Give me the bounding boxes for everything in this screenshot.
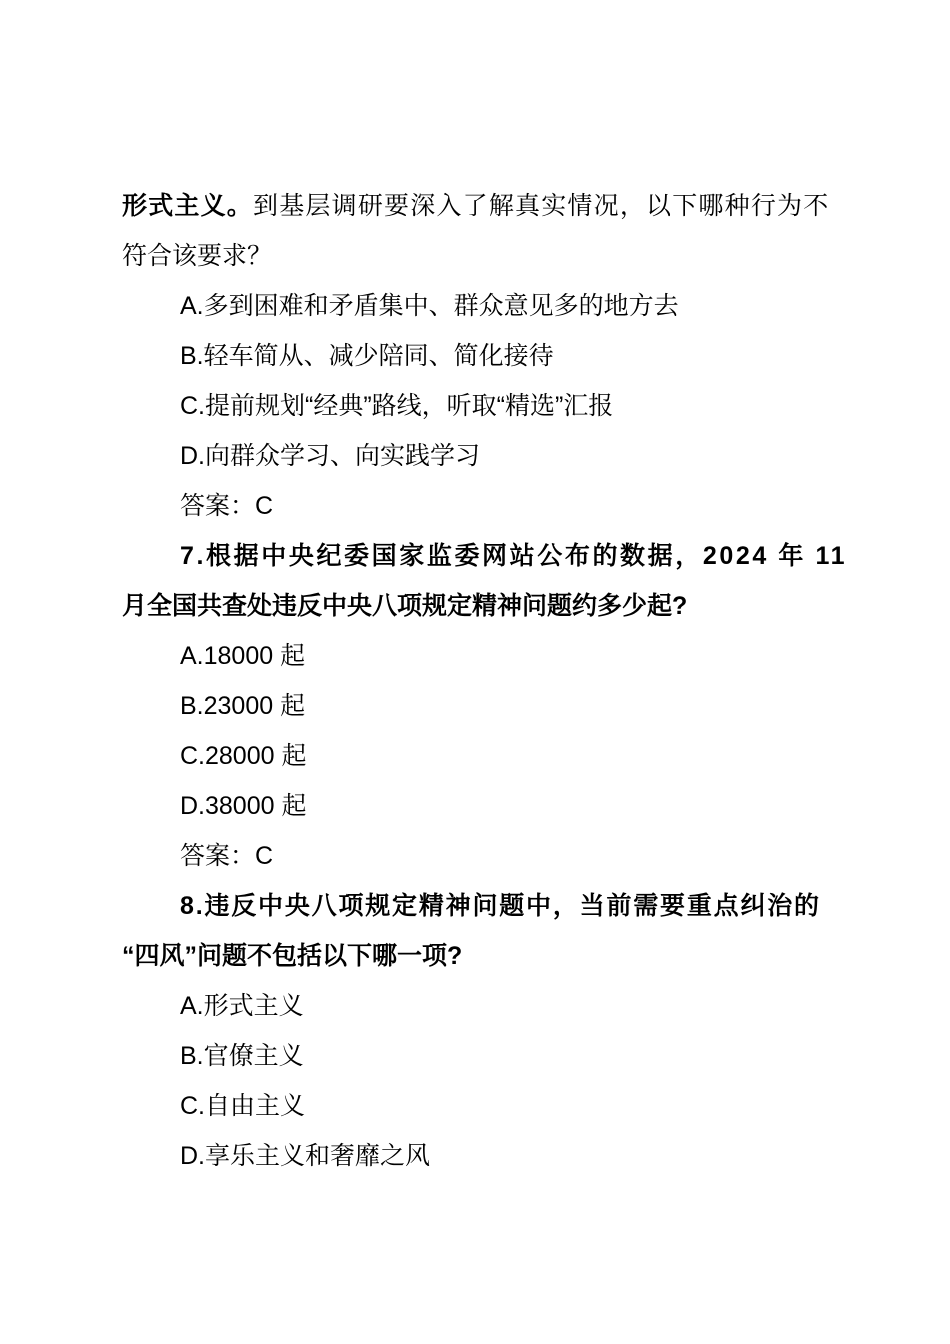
q8-stem-line2: “四风”问题不包括以下哪一项? xyxy=(122,931,832,981)
q6-stem-bold-lead: 形式主义。 xyxy=(122,192,253,220)
q6-option-c: C.提前规划“经典”路线，听取“精选”汇报 xyxy=(122,381,832,431)
q8-option-c: C.自由主义 xyxy=(122,1081,832,1131)
q7-stem-line1: 7.根据中央纪委国家监委网站公布的数据，2024 年 11 xyxy=(122,531,832,581)
document-page: 形式主义。到基层调研要深入了解真实情况，以下哪种行为不 符合该要求？ A.多到困… xyxy=(0,0,950,1181)
q6-stem-line2: 符合该要求？ xyxy=(122,231,832,281)
q8-option-a: A.形式主义 xyxy=(122,981,832,1031)
q6-option-d: D.向群众学习、向实践学习 xyxy=(122,431,832,481)
q8-stem-line1: 8.违反中央八项规定精神问题中，当前需要重点纠治的 xyxy=(122,881,832,931)
q7-answer: 答案：C xyxy=(122,831,832,881)
q6-stem-line1-rest: 到基层调研要深入了解真实情况，以下哪种行为不 xyxy=(253,192,829,220)
q8-option-b: B.官僚主义 xyxy=(122,1031,832,1081)
q6-stem-line1: 形式主义。到基层调研要深入了解真实情况，以下哪种行为不 xyxy=(122,181,832,231)
q6-answer: 答案：C xyxy=(122,481,832,531)
q6-option-a: A.多到困难和矛盾集中、群众意见多的地方去 xyxy=(122,281,832,331)
q7-stem-line2: 月全国共查处违反中央八项规定精神问题约多少起? xyxy=(122,581,832,631)
q6-option-b: B.轻车简从、减少陪同、简化接待 xyxy=(122,331,832,381)
q7-option-c: C.28000 起 xyxy=(122,731,832,781)
q8-option-d: D.享乐主义和奢靡之风 xyxy=(122,1131,832,1181)
q7-option-d: D.38000 起 xyxy=(122,781,832,831)
q7-option-b: B.23000 起 xyxy=(122,681,832,731)
q7-option-a: A.18000 起 xyxy=(122,631,832,681)
